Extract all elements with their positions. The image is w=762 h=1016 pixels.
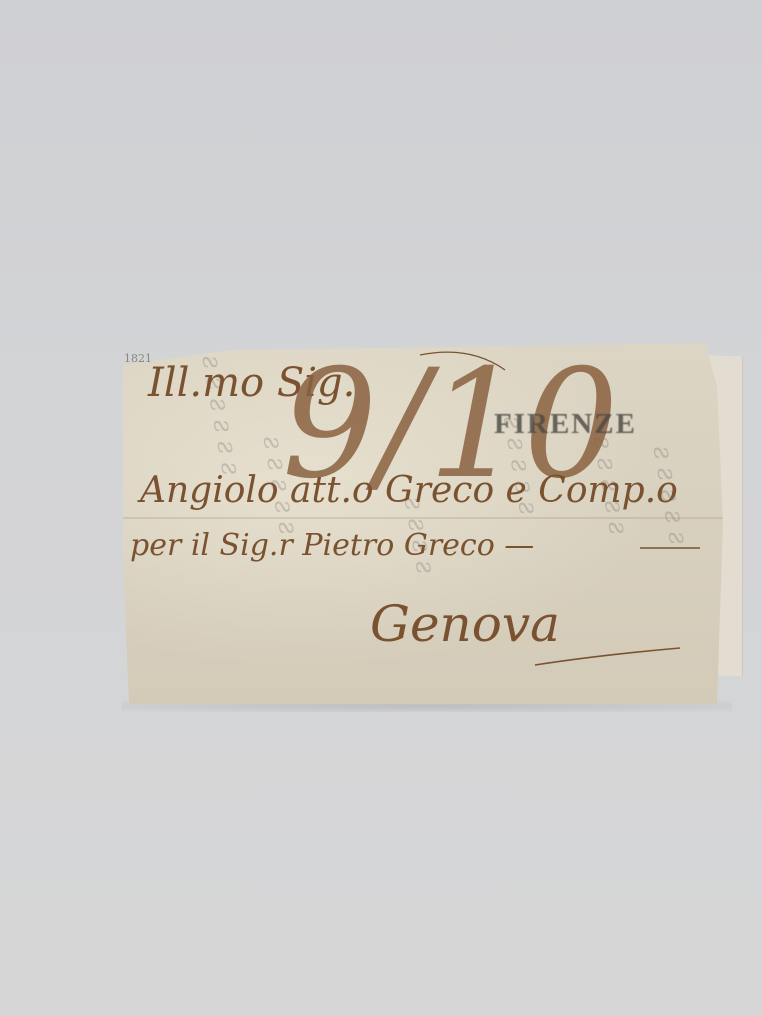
ink-flourishes — [0, 0, 762, 1016]
photo: ƨ ƨ ƨ ƨ ƨ ƨ ƨ ƨ ƨ ƨ ƨ ƨ ƨ ƨ ƨ ƨ ƨ ƨ ƨ ƨ … — [0, 0, 762, 1016]
